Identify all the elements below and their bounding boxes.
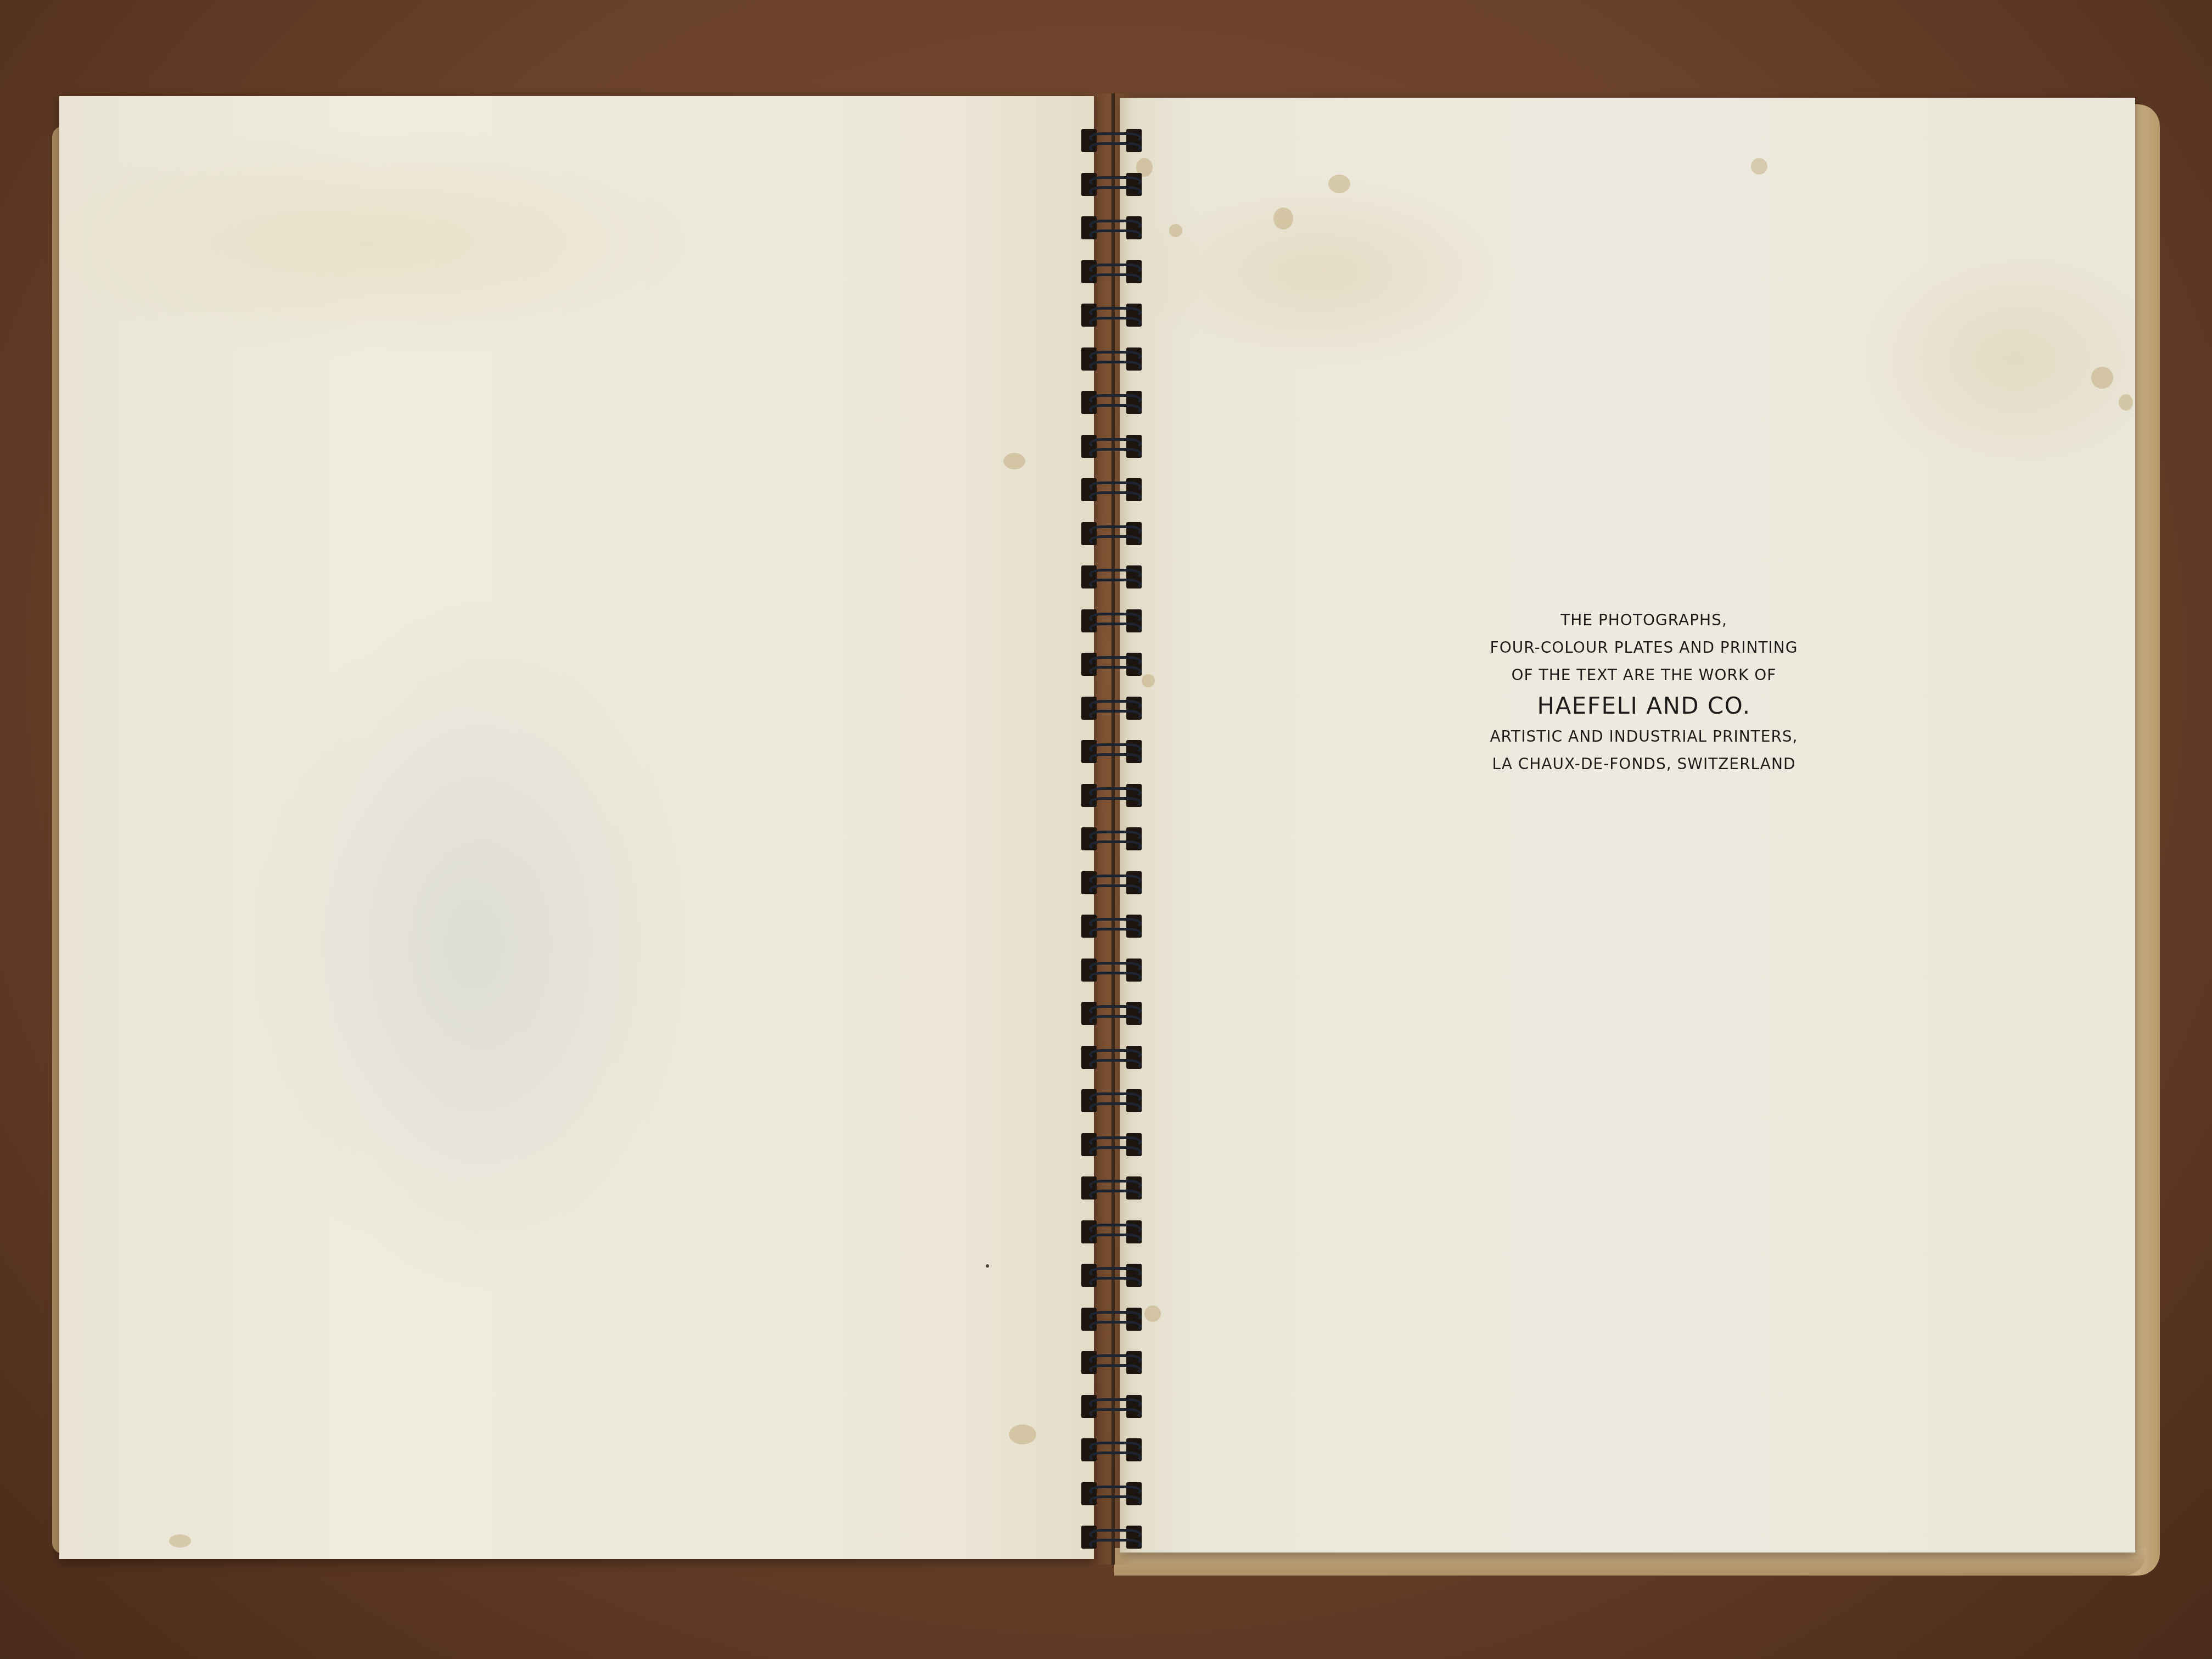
spiral-loop [1081,129,1147,154]
spiral-wire [1089,1146,1142,1157]
spiral-loop [1081,565,1147,591]
spiral-wire [1089,1311,1142,1322]
credits-line-3: OF THE TEXT ARE THE WORK OF [1424,662,1863,689]
foxing-stain [169,1534,191,1548]
foxing-stain [1328,175,1350,193]
spiral-wire [1089,307,1142,318]
spiral-wire [1089,1539,1142,1550]
spiral-wire [1089,579,1142,590]
credits-line-2: FOUR-COLOUR PLATES AND PRINTING [1424,634,1863,662]
spiral-wire [1089,1277,1142,1288]
spiral-loop [1081,1046,1147,1071]
spiral-wire [1089,176,1142,187]
spiral-wire [1089,787,1142,798]
spiral-wire [1089,700,1142,711]
spiral-wire [1089,186,1142,197]
spiral-loop [1081,784,1147,809]
spiral-wire [1089,438,1142,449]
spiral-wire [1089,918,1142,929]
spiral-loop [1081,1002,1147,1027]
spiral-loop [1081,959,1147,984]
spiral-wire [1089,220,1142,231]
foxing-stain [2119,394,2133,411]
spiral-loop [1081,609,1147,635]
spiral-wire [1089,797,1142,808]
credits-line-1: THE PHOTOGRAPHS, [1424,607,1863,634]
ink-speck [986,1264,989,1268]
spiral-loop [1081,1220,1147,1246]
spiral-wire [1089,613,1142,624]
foxing-stain [1169,224,1182,237]
spiral-loop [1081,304,1147,329]
spiral-loop [1081,1438,1147,1464]
spiral-wire [1089,884,1142,895]
spiral-loop [1081,740,1147,765]
spiral-loop [1081,915,1147,940]
spiral-wire [1089,229,1142,240]
spiral-loop [1081,522,1147,547]
spiral-loop [1081,653,1147,678]
spiral-wire [1089,656,1142,667]
spiral-loop [1081,1308,1147,1333]
spiral-loop [1081,348,1147,373]
spiral-wire [1089,962,1142,973]
spiral-loop [1081,697,1147,722]
spiral-wire [1089,1486,1142,1497]
spiral-wire [1089,1180,1142,1191]
spiral-wire [1089,1049,1142,1060]
spiral-loop [1081,478,1147,503]
spiral-wire [1089,1451,1142,1462]
spiral-wire [1089,875,1142,885]
spiral-wire [1089,142,1142,153]
spiral-wire [1089,264,1142,274]
spiral-wire [1089,928,1142,939]
spiral-wire [1089,1136,1142,1147]
spiral-wire [1089,1267,1142,1278]
right-page [1120,98,2135,1552]
spiral-loop [1081,1133,1147,1158]
foxing-stain [2091,367,2113,389]
spiral-wire [1089,394,1142,405]
spiral-wire [1089,1321,1142,1332]
spiral-wire [1089,1005,1142,1016]
spiral-wire [1089,535,1142,546]
spiral-wire [1089,361,1142,372]
spiral-wire [1089,273,1142,284]
left-page [59,96,1094,1559]
spiral-loop [1081,260,1147,285]
spiral-wire [1089,1102,1142,1113]
spiral-loop [1081,827,1147,853]
spiral-loop [1081,216,1147,242]
spiral-wire [1089,569,1142,580]
spiral-wire [1089,972,1142,983]
spiral-wire [1089,525,1142,536]
spiral-wire [1089,1364,1142,1375]
spiral-wire [1089,1092,1142,1103]
spiral-wire [1089,1442,1142,1453]
spiral-wire [1089,351,1142,362]
spiral-loop [1081,1351,1147,1376]
spiral-loop [1081,871,1147,896]
spiral-loop [1081,1482,1147,1507]
spiral-wire [1089,1408,1142,1419]
foxing-stain [1009,1425,1036,1444]
spiral-wire [1089,1224,1142,1235]
spiral-wire [1089,132,1142,143]
spiral-wire [1089,1234,1142,1245]
spiral-wire [1089,623,1142,634]
spiral-loop [1081,1176,1147,1202]
spiral-wire [1089,1059,1142,1070]
spiral-wire [1089,753,1142,764]
spiral-wire [1089,1529,1142,1540]
spiral-wire [1089,840,1142,851]
spiral-loop [1081,1395,1147,1420]
printer-credits: THE PHOTOGRAPHS, FOUR-COLOUR PLATES AND … [1424,607,1863,778]
spiral-wire [1089,666,1142,677]
spiral-wire [1089,1398,1142,1409]
spiral-wire [1089,1015,1142,1026]
spiral-wire [1089,448,1142,459]
spiral-binding [1081,129,1147,1556]
spiral-wire [1089,831,1142,842]
spiral-wire [1089,1354,1142,1365]
spiral-loop [1081,1089,1147,1114]
spiral-wire [1089,710,1142,721]
spiral-loop [1081,435,1147,460]
spiral-loop [1081,1264,1147,1289]
foxing-stain [1273,208,1293,229]
printer-name: HAEFELI AND CO. [1424,689,1863,723]
spiral-wire [1089,743,1142,754]
credits-line-6: LA CHAUX-DE-FONDS, SWITZERLAND [1424,750,1863,778]
spiral-wire [1089,404,1142,415]
credits-line-5: ARTISTIC AND INDUSTRIAL PRINTERS, [1424,723,1863,750]
spiral-loop [1081,1526,1147,1551]
spiral-wire [1089,491,1142,502]
spiral-loop [1081,391,1147,416]
spiral-wire [1089,1495,1142,1506]
foxing-stain [1003,453,1025,469]
spiral-wire [1089,1190,1142,1201]
spiral-wire [1089,317,1142,328]
spiral-wire [1089,481,1142,492]
spiral-loop [1081,173,1147,198]
foxing-stain [1751,158,1767,175]
